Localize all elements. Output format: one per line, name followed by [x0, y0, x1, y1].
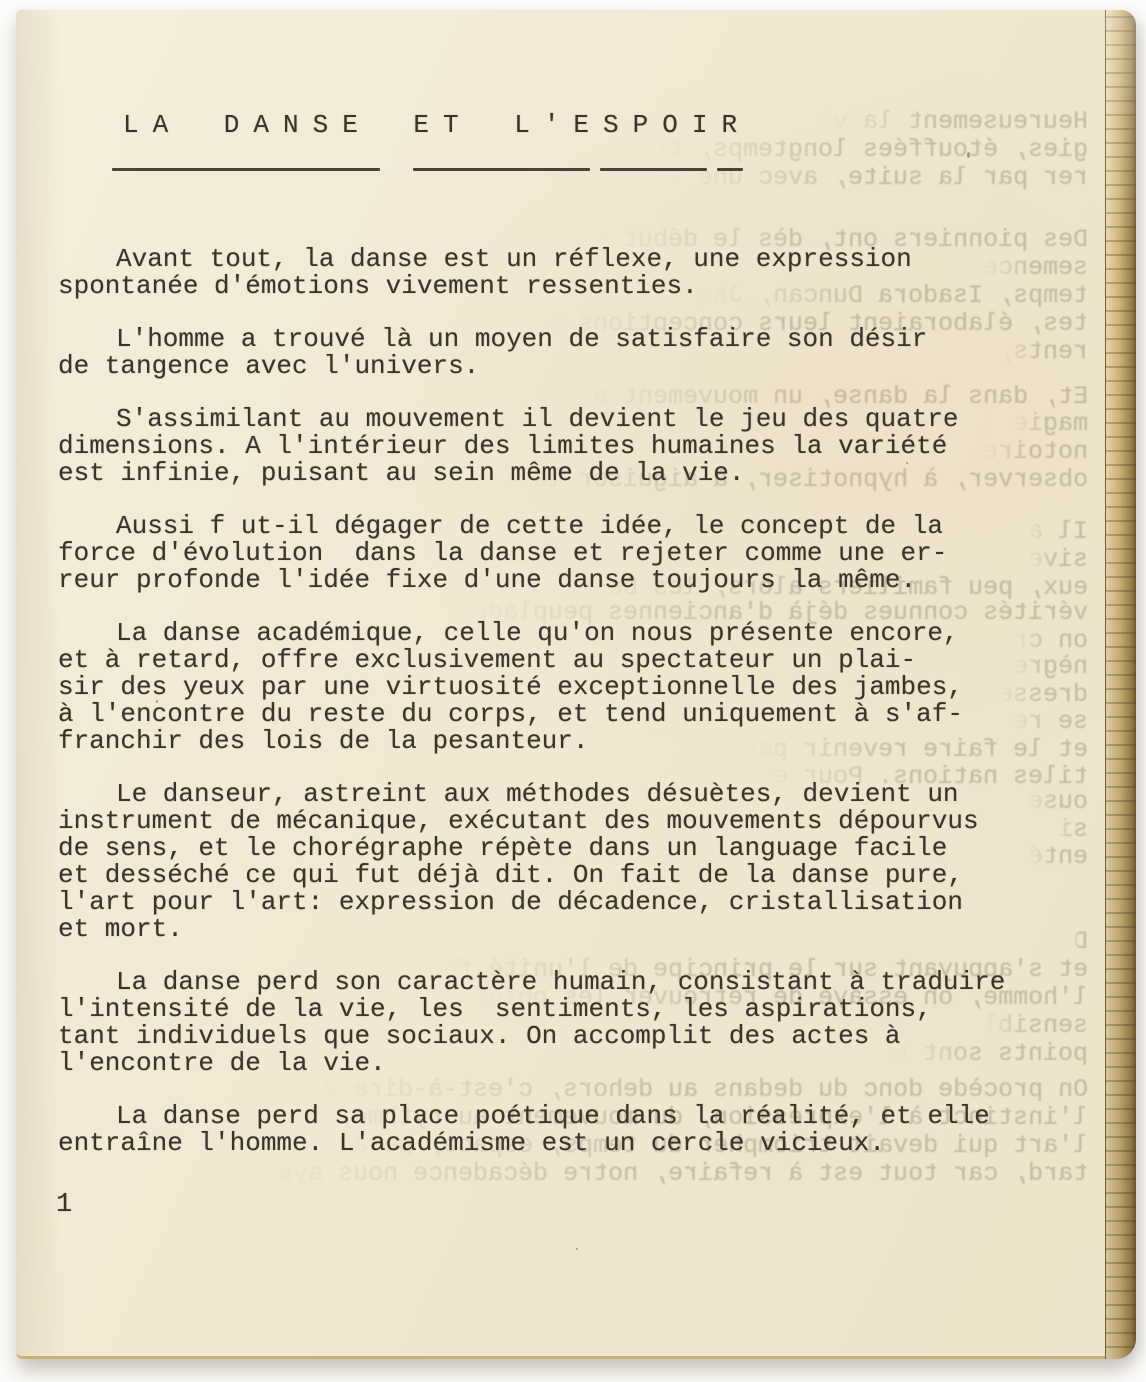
paragraph: S'assimilant au mouvement il devient le … — [58, 406, 1088, 487]
paragraph: Aussi f ut-il dégager de cette idée, le … — [58, 513, 1088, 594]
page-number: 1 — [56, 1190, 72, 1220]
paragraph: L'homme a trouvé là un moyen de satisfai… — [58, 326, 1088, 380]
bleedthrough-text: Heureusement la vi — [818, 108, 1088, 135]
ink-speck — [576, 1248, 578, 1250]
paragraph: Avant tout, la danse est un réflexe, une… — [58, 246, 1088, 300]
underline-segment — [413, 168, 590, 171]
title-underline — [112, 168, 743, 172]
underline-segment — [600, 168, 707, 171]
paragraph: La danse perd sa place poétique dans la … — [58, 1103, 1088, 1157]
paragraph: La danse perd son caractère humain, cons… — [58, 969, 1088, 1077]
paragraph: Le danseur, astreint aux méthodes désuèt… — [58, 781, 1088, 943]
underline-segment — [717, 168, 743, 171]
book-fore-edge — [1105, 10, 1136, 1359]
ink-speck — [967, 152, 970, 158]
document-body: Avant tout, la danse est un réflexe, une… — [58, 246, 1088, 1183]
document-page: Heureusement la vigies, étouffées longte… — [16, 10, 1136, 1359]
ink-speck — [906, 462, 908, 464]
underline-segment — [112, 168, 380, 171]
bleedthrough-text: gies, étouffées longtemps, tr — [653, 136, 1088, 163]
paragraph: La danse académique, celle qu'on nous pr… — [58, 620, 1088, 755]
photo-backdrop: Heureusement la vigies, étouffées longte… — [0, 0, 1146, 1382]
page-title: LA DANSE ET L'ESPOIR — [123, 110, 751, 140]
ink-speck — [156, 700, 158, 703]
